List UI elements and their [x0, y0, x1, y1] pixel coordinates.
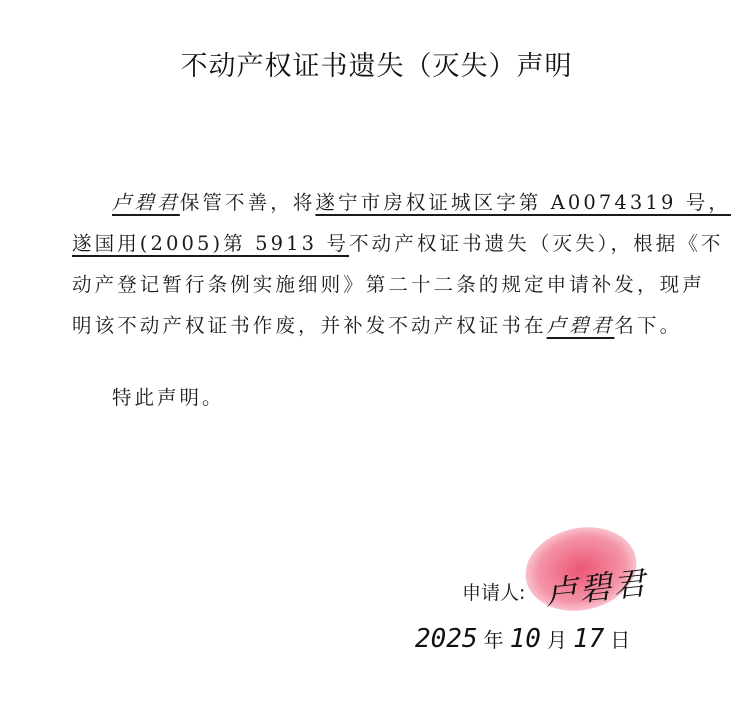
date-year: 2025 [415, 624, 478, 654]
text-segment: 明该不动产权证书作废，并补发不动产权证书在 [72, 314, 547, 337]
year-char: 年 [484, 628, 504, 652]
body-line-1: 卢碧君保管不善，将遂宁市房权证城区字第 A0074319 号， [72, 182, 722, 223]
body-line-2: 遂国用(2005)第 5913 号不动产权证书遗失（灭失），根据《不 [72, 223, 722, 264]
declaration-body: 卢碧君保管不善，将遂宁市房权证城区字第 A0074319 号， 遂国用(2005… [72, 182, 722, 346]
day-char: 日 [610, 628, 630, 652]
owner-name-2: 卢碧君 [547, 314, 615, 337]
applicant-label: 申请人: [462, 578, 525, 605]
month-char: 月 [547, 628, 567, 652]
body-line-3: 动产登记暂行条例实施细则》第二十二条的规定申请补发，现声 [72, 264, 722, 305]
body-line-4: 明该不动产权证书作废，并补发不动产权证书在卢碧君名下。 [72, 305, 722, 346]
date-month: 10 [510, 624, 541, 654]
date-day: 17 [573, 624, 604, 654]
document-title: 不动产权证书遗失（灭失）声明 [0, 44, 753, 83]
closing-text: 特此声明。 [112, 382, 225, 410]
text-segment: 名下。 [614, 314, 682, 337]
certificate-number-2: 遂国用(2005)第 5913 号 [72, 232, 349, 255]
text-segment: 保管不善，将 [180, 191, 316, 214]
signature-date: 2025年10月17日 [415, 624, 636, 654]
applicant-signature: 卢碧君 [543, 558, 649, 614]
certificate-number-1: 遂宁市房权证城区字第 A0074319 号， [315, 191, 731, 214]
owner-name: 卢碧君 [112, 191, 180, 214]
text-segment: 不动产权证书遗失（灭失），根据《不 [349, 232, 723, 255]
